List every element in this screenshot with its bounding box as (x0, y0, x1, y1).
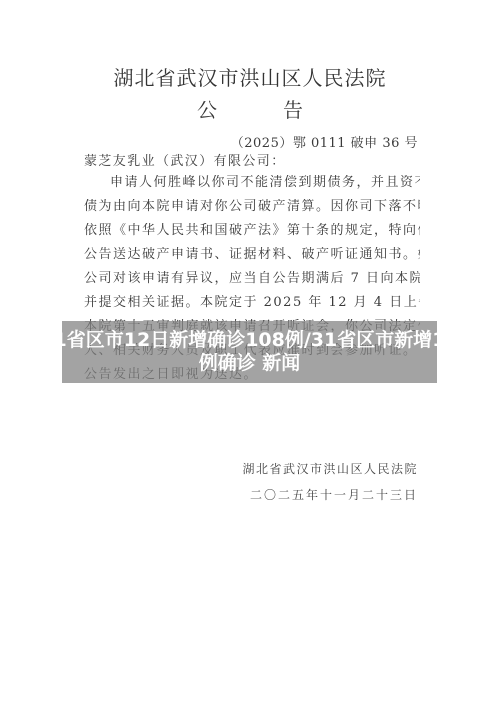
headline-overlay: 31省区市12日新增确诊108例/31省区市新增12例确诊 新闻 (62, 321, 437, 383)
body-line: 申请人何胜峰以你司不能清偿到期债务，并且资不抵 (84, 175, 420, 199)
signature-date: 二〇二五年十一月二十三日 (242, 486, 418, 503)
headline-text: 31省区市12日新增确诊108例/31省区市新增12例确诊 新闻 (40, 329, 460, 375)
signature-court: 湖北省武汉市洪山区人民法院 (242, 460, 418, 486)
body-line: 公司对该申请有异议，应当自公告期满后 7 日向本院提出， (84, 271, 420, 295)
addressee: 蒙芝友乳业（武汉）有限公司： (84, 150, 286, 169)
notice-title: 公告 (0, 94, 500, 123)
body-line: 债为由向本院申请对你公司破产清算。因你司下落不明， (84, 199, 420, 223)
case-number: （2025）鄂 0111 破申 36 号 (231, 132, 418, 151)
body-line: 依照《中华人民共和国破产法》第十条的规定，特向你司 (84, 223, 420, 247)
notice-document: 湖北省武汉市洪山区人民法院 公告 （2025）鄂 0111 破申 36 号 蒙芝… (0, 0, 500, 706)
signature-block: 湖北省武汉市洪山区人民法院 二〇二五年十一月二十三日 (242, 460, 418, 503)
court-title: 湖北省武汉市洪山区人民法院 (0, 62, 500, 91)
notice-title-right: 告 (283, 94, 303, 123)
body-line: 公告送达破产申请书、证据材料、破产听证通知书。如你 (84, 247, 420, 271)
body-line: 并提交相关证据。本院定于 2025 年 12 月 4 日上午 9 时在 (84, 295, 420, 319)
notice-title-left: 公 (197, 94, 217, 123)
